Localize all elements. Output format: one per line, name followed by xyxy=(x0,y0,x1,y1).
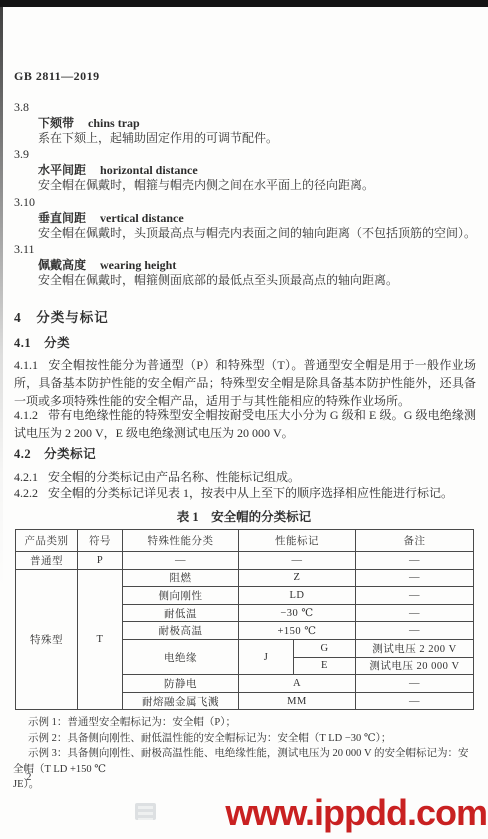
term-title: 垂直间距vertical distance xyxy=(14,211,476,227)
cell-product-special: 特殊型 xyxy=(16,569,78,710)
cell-symbol: P xyxy=(78,552,123,570)
term-section-3-10: 3.10 垂直间距vertical distance 安全帽在佩戴时，头顶最高点… xyxy=(14,195,476,242)
cell-mark: A xyxy=(239,675,356,693)
term-title-en: vertical distance xyxy=(100,211,184,225)
table-header-row: 产品类别 符号 特殊性能分类 性能标记 备注 xyxy=(16,530,474,552)
cell-mark: +150 ℃ xyxy=(239,622,356,640)
cell-special: 耐熔融金属飞溅 xyxy=(123,692,239,710)
term-section-3-9: 3.9 水平间距horizontal distance 安全帽在佩戴时，帽箍与帽… xyxy=(14,147,476,194)
cell-remark: — xyxy=(356,569,474,587)
paragraph-4-2-2: 4.2.2安全帽的分类标记详见表 1，按表中从上至下的顺序选择相应性能进行标记。 xyxy=(14,484,476,502)
term-definition: 安全帽在佩戴时，头顶最高点与帽壳内表面之间的轴向距离（不包括顶筋的空间）。 xyxy=(14,226,476,242)
note-line: 示例 3：具备侧向刚性、耐极高温性能、电绝缘性能，测试电压为 20 000 V … xyxy=(13,746,477,777)
subsection-heading-4-2: 4.2 分类标记 xyxy=(14,444,96,462)
term-title-zh: 垂直间距 xyxy=(38,211,86,225)
subsection-heading-4-1: 4.1 分类 xyxy=(14,333,70,351)
watermark-text: www.ippdd.com xyxy=(225,794,487,832)
term-title: 佩戴高度wearing height xyxy=(14,258,476,274)
cell-product: 普通型 xyxy=(16,552,78,570)
cell-mark: LD xyxy=(239,587,356,605)
cell-mark: −30 ℃ xyxy=(239,604,356,622)
table-examples: 示例 1：普通型安全帽标记为：安全帽（P）； 示例 2：具备侧向刚性、耐低温性能… xyxy=(13,715,477,793)
term-number: 3.11 xyxy=(14,242,476,258)
cell-symbol-special: T xyxy=(78,569,123,710)
paragraph-number: 4.2.2 xyxy=(14,486,38,500)
page-number: 2 xyxy=(26,771,32,783)
scan-edge-artifact xyxy=(0,7,3,587)
term-section-3-11: 3.11 佩戴高度wearing height 安全帽在佩戴时，帽箍侧面底部的最… xyxy=(14,242,476,289)
table-row: 特殊型 T 阻燃 Z — xyxy=(16,569,474,587)
paragraph-number: 4.1.2 xyxy=(14,408,38,422)
term-section-3-8: 3.8 下颏带chins trap 系在下颏上，起辅助固定作用的可调节配件。 xyxy=(14,100,476,147)
cell-remark: — xyxy=(356,622,474,640)
term-title: 下颏带chins trap xyxy=(14,116,476,132)
scan-top-bar xyxy=(0,0,488,7)
term-title-en: horizontal distance xyxy=(100,163,198,177)
doc-code: GB 2811—2019 xyxy=(14,69,100,84)
table-row-ordinary: 普通型 P — — — xyxy=(16,552,474,570)
term-definition: 安全帽在佩戴时，帽箍与帽壳内侧之间在水平面上的径向距离。 xyxy=(14,178,476,194)
paragraph-text: 安全帽按性能分为普通型（P）和特殊型（T）。普通型安全帽是用于一般作业场所，具备… xyxy=(14,358,476,408)
cell-mark: J xyxy=(239,639,294,674)
cell-remark: — xyxy=(356,587,474,605)
paragraph-text: 安全帽的分类标记由产品名称、性能标记组成。 xyxy=(48,470,300,484)
paragraph-text: 安全帽的分类标记详见表 1，按表中从上至下的顺序选择相应性能进行标记。 xyxy=(48,486,453,500)
term-number: 3.10 xyxy=(14,195,476,211)
cell-mark: MM xyxy=(239,692,356,710)
term-title-zh: 佩戴高度 xyxy=(38,258,86,272)
term-title-en: chins trap xyxy=(88,116,140,130)
term-number: 3.9 xyxy=(14,147,476,163)
term-definition: 系在下颏上，起辅助固定作用的可调节配件。 xyxy=(14,131,476,147)
term-title-en: wearing height xyxy=(100,258,176,272)
cell-special: 耐极高温 xyxy=(123,622,239,640)
table-title: 表 1 安全帽的分类标记 xyxy=(0,507,488,525)
note-line-continuation: JE）。 xyxy=(13,777,477,793)
note-line: 示例 1：普通型安全帽标记为：安全帽（P）； xyxy=(13,715,477,731)
col-header-remark: 备注 xyxy=(356,530,474,552)
col-header-product: 产品类别 xyxy=(16,530,78,552)
cell-remark: 测试电压 2 200 V xyxy=(356,639,474,657)
cell-mark-grade: G xyxy=(294,639,356,657)
cell-remark: — xyxy=(356,692,474,710)
cell-special: 电绝缘 xyxy=(123,639,239,674)
cell-remark: — xyxy=(356,675,474,693)
col-header-symbol: 符号 xyxy=(78,530,123,552)
cell-remark: — xyxy=(356,604,474,622)
term-title-zh: 水平间距 xyxy=(38,163,86,177)
cell-mark-grade: E xyxy=(294,657,356,675)
document-page: GB 2811—2019 3.8 下颏带chins trap 系在下颏上，起辅助… xyxy=(0,0,488,839)
paragraph-4-1-1: 4.1.1安全帽按性能分为普通型（P）和特殊型（T）。普通型安全帽是用于一般作业… xyxy=(14,356,476,410)
cell-remark: — xyxy=(356,552,474,570)
term-definition: 安全帽在佩戴时，帽箍侧面底部的最低点至头顶最高点的轴向距离。 xyxy=(14,273,476,289)
cell-special: 防静电 xyxy=(123,675,239,693)
cell-mark: — xyxy=(239,552,356,570)
term-number: 3.8 xyxy=(14,100,476,116)
cell-remark: 测试电压 20 000 V xyxy=(356,657,474,675)
paragraph-4-1-2: 4.1.2带有电绝缘性能的特殊型安全帽按耐受电压大小分为 G 级和 E 级。G … xyxy=(14,406,476,442)
cell-mark: Z xyxy=(239,569,356,587)
term-title: 水平间距horizontal distance xyxy=(14,163,476,179)
col-header-special: 特殊性能分类 xyxy=(123,530,239,552)
term-title-zh: 下颏带 xyxy=(38,116,74,130)
note-line: 示例 2：具备侧向刚性、耐低温性能的安全帽标记为：安全帽（T LD −30 ℃）… xyxy=(13,731,477,747)
paragraph-number: 4.1.1 xyxy=(14,358,38,372)
section-heading-4: 4 分类与标记 xyxy=(14,306,109,326)
col-header-mark: 性能标记 xyxy=(239,530,356,552)
cell-special: 耐低温 xyxy=(123,604,239,622)
paragraph-number: 4.2.1 xyxy=(14,470,38,484)
publisher-logo-icon xyxy=(135,803,156,820)
cell-special: 侧向刚性 xyxy=(123,587,239,605)
paragraph-text: 带有电绝缘性能的特殊型安全帽按耐受电压大小分为 G 级和 E 级。G 级电绝缘测… xyxy=(14,408,476,440)
cell-special: — xyxy=(123,552,239,570)
classification-table: 产品类别 符号 特殊性能分类 性能标记 备注 普通型 P — — — 特殊型 T… xyxy=(15,529,474,710)
cell-special: 阻燃 xyxy=(123,569,239,587)
